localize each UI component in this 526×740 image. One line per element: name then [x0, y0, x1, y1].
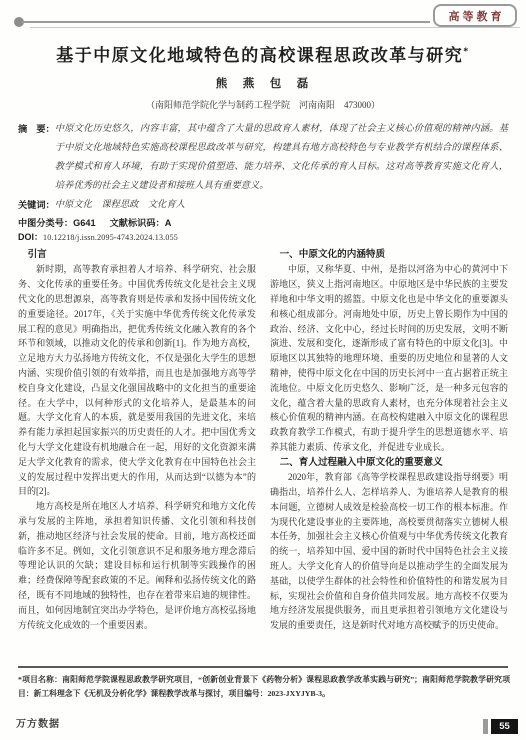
page-number-accent-bar — [483, 719, 488, 734]
wanfang-watermark: 万方数据 — [16, 715, 60, 730]
keywords-label: 关键词： — [18, 197, 55, 214]
abstract-row: 摘 要： 中原文化历史悠久，内容丰富，其中蕴含了大量的思政育人素材，体现了社会主… — [18, 120, 508, 196]
footnote-divider — [18, 666, 508, 668]
doi-row: DOI： 10.12218/j.issn.2095-4743.2024.13.0… — [18, 231, 508, 244]
doi-label: DOI： — [18, 231, 43, 244]
classification-row: 中图分类号： G641 文献标识码： A — [18, 215, 508, 231]
body-paragraph: 新时期，高等教育承担着人才培养、科学研究、社会服务、文化传承的重要任务。中国优秀… — [18, 262, 256, 499]
authors: 熊 燕 包 磊 — [0, 75, 526, 91]
meta-block: 摘 要： 中原文化历史悠久，内容丰富，其中蕴含了大量的思政育人素材，体现了社会主… — [18, 120, 508, 244]
keywords-row: 关键词： 中原文化 课程思政 文化育人 — [18, 197, 508, 214]
section-heading-intro: 引言 — [18, 247, 256, 262]
clc-label: 中图分类号： — [18, 215, 73, 231]
page-number: 55 — [491, 719, 518, 734]
right-column: 一、中原文化的内涵特质 中原，又称华夏、中州，是指以河洛为中心的黄河中下游地区，… — [270, 247, 508, 666]
doi-value: 10.12218/j.issn.2095-4743.2024.13.055 — [43, 231, 178, 244]
abstract-label: 摘 要： — [18, 120, 55, 139]
abstract-text: 中原文化历史悠久，内容丰富，其中蕴含了大量的思政育人素材，体现了社会主义核心价值… — [55, 120, 508, 196]
body-columns: 引言 新时期，高等教育承担着人才培养、科学研究、社会服务、文化传承的重要任务。中… — [18, 247, 508, 666]
doc-code-value: A — [165, 215, 172, 231]
left-column: 引言 新时期，高等教育承担着人才培养、科学研究、社会服务、文化传承的重要任务。中… — [18, 247, 256, 666]
paper-title-text: 基于中原文化地域特色的高校课程思政改革与研究 — [56, 46, 463, 65]
section-heading-2: 二、育人过程融入中原文化的重要意义 — [270, 455, 508, 470]
doc-code-label: 文献标识码： — [110, 215, 165, 231]
journal-page: 高等教育 基于中原文化地域特色的高校课程思政改革与研究* 熊 燕 包 磊 （南阳… — [0, 0, 526, 740]
category-badge: 高等教育 — [433, 4, 517, 27]
project-footnote: *项目名称：南阳师范学院课程思政教学研究项目，“创新创业背景下《药物分析》课程思… — [18, 673, 510, 701]
paper-title: 基于中原文化地域特色的高校课程思政改革与研究* — [0, 41, 526, 66]
body-paragraph: 中原，又称华夏、中州，是指以河洛为中心的黄河中下游地区，狭义上指河南地区。中原地… — [270, 262, 508, 454]
affiliation: （南阳师范学院化学与制药工程学院 河南南阳 473000） — [0, 98, 526, 111]
body-paragraph: 2020年，教育部《高等学校课程思政建设指导纲要》明确指出，培养什么人、怎样培养… — [270, 470, 508, 633]
header-rule-dark — [22, 21, 430, 23]
category-badge-label: 高等教育 — [446, 8, 505, 24]
keywords-text: 中原文化 课程思政 文化育人 — [55, 197, 185, 214]
section-heading-1: 一、中原文化的内涵特质 — [270, 247, 508, 262]
header-rule-light — [30, 27, 520, 28]
clc-value: G641 — [73, 215, 95, 231]
title-footnote-marker: * — [463, 46, 470, 57]
body-paragraph: 地方高校是所在地区人才培养、科学研究和地方文化传承与发展的主阵地，承担着知识传播… — [18, 499, 256, 632]
